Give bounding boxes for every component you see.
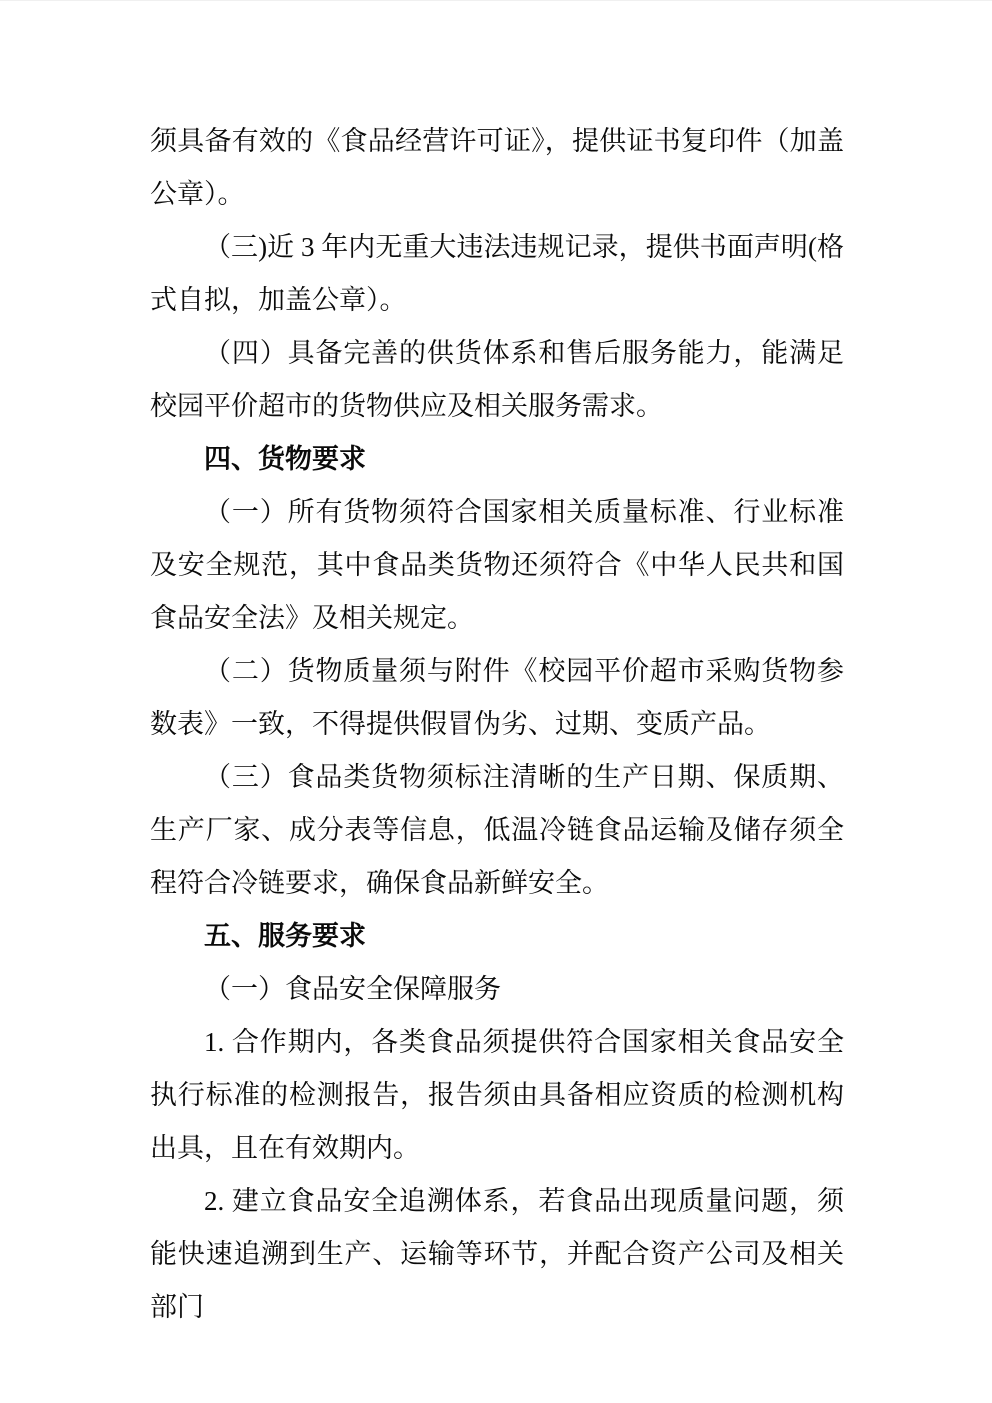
section-heading: 四、货物要求: [150, 433, 844, 486]
body-paragraph: 2. 建立食品安全追溯体系，若食品出现质量问题，须能快速追溯到生产、运输等环节，…: [150, 1175, 844, 1334]
body-paragraph: （一）所有货物须符合国家相关质量标准、行业标准及安全规范，其中食品类货物还须符合…: [150, 486, 844, 645]
section-heading: 五、服务要求: [150, 910, 844, 963]
body-paragraph: （三）食品类货物须标注清晰的生产日期、保质期、生产厂家、成分表等信息，低温冷链食…: [150, 751, 844, 910]
body-paragraph: 1. 合作期内，各类食品须提供符合国家相关食品安全执行标准的检测报告，报告须由具…: [150, 1016, 844, 1175]
document-content: 须具备有效的《食品经营许可证》，提供证书复印件（加盖公章）。（三)近 3 年内无…: [150, 115, 844, 1334]
body-paragraph: 须具备有效的《食品经营许可证》，提供证书复印件（加盖公章）。: [150, 115, 844, 221]
body-paragraph: （四）具备完善的供货体系和售后服务能力，能满足校园平价超市的货物供应及相关服务需…: [150, 327, 844, 433]
body-paragraph: （一）食品安全保障服务: [150, 963, 844, 1016]
body-paragraph: （三)近 3 年内无重大违法违规记录，提供书面声明(格式自拟，加盖公章）。: [150, 221, 844, 327]
body-paragraph: （二）货物质量须与附件《校园平价超市采购货物参数表》一致，不得提供假冒伪劣、过期…: [150, 645, 844, 751]
document-page: 须具备有效的《食品经营许可证》，提供证书复印件（加盖公章）。（三)近 3 年内无…: [0, 0, 992, 1403]
